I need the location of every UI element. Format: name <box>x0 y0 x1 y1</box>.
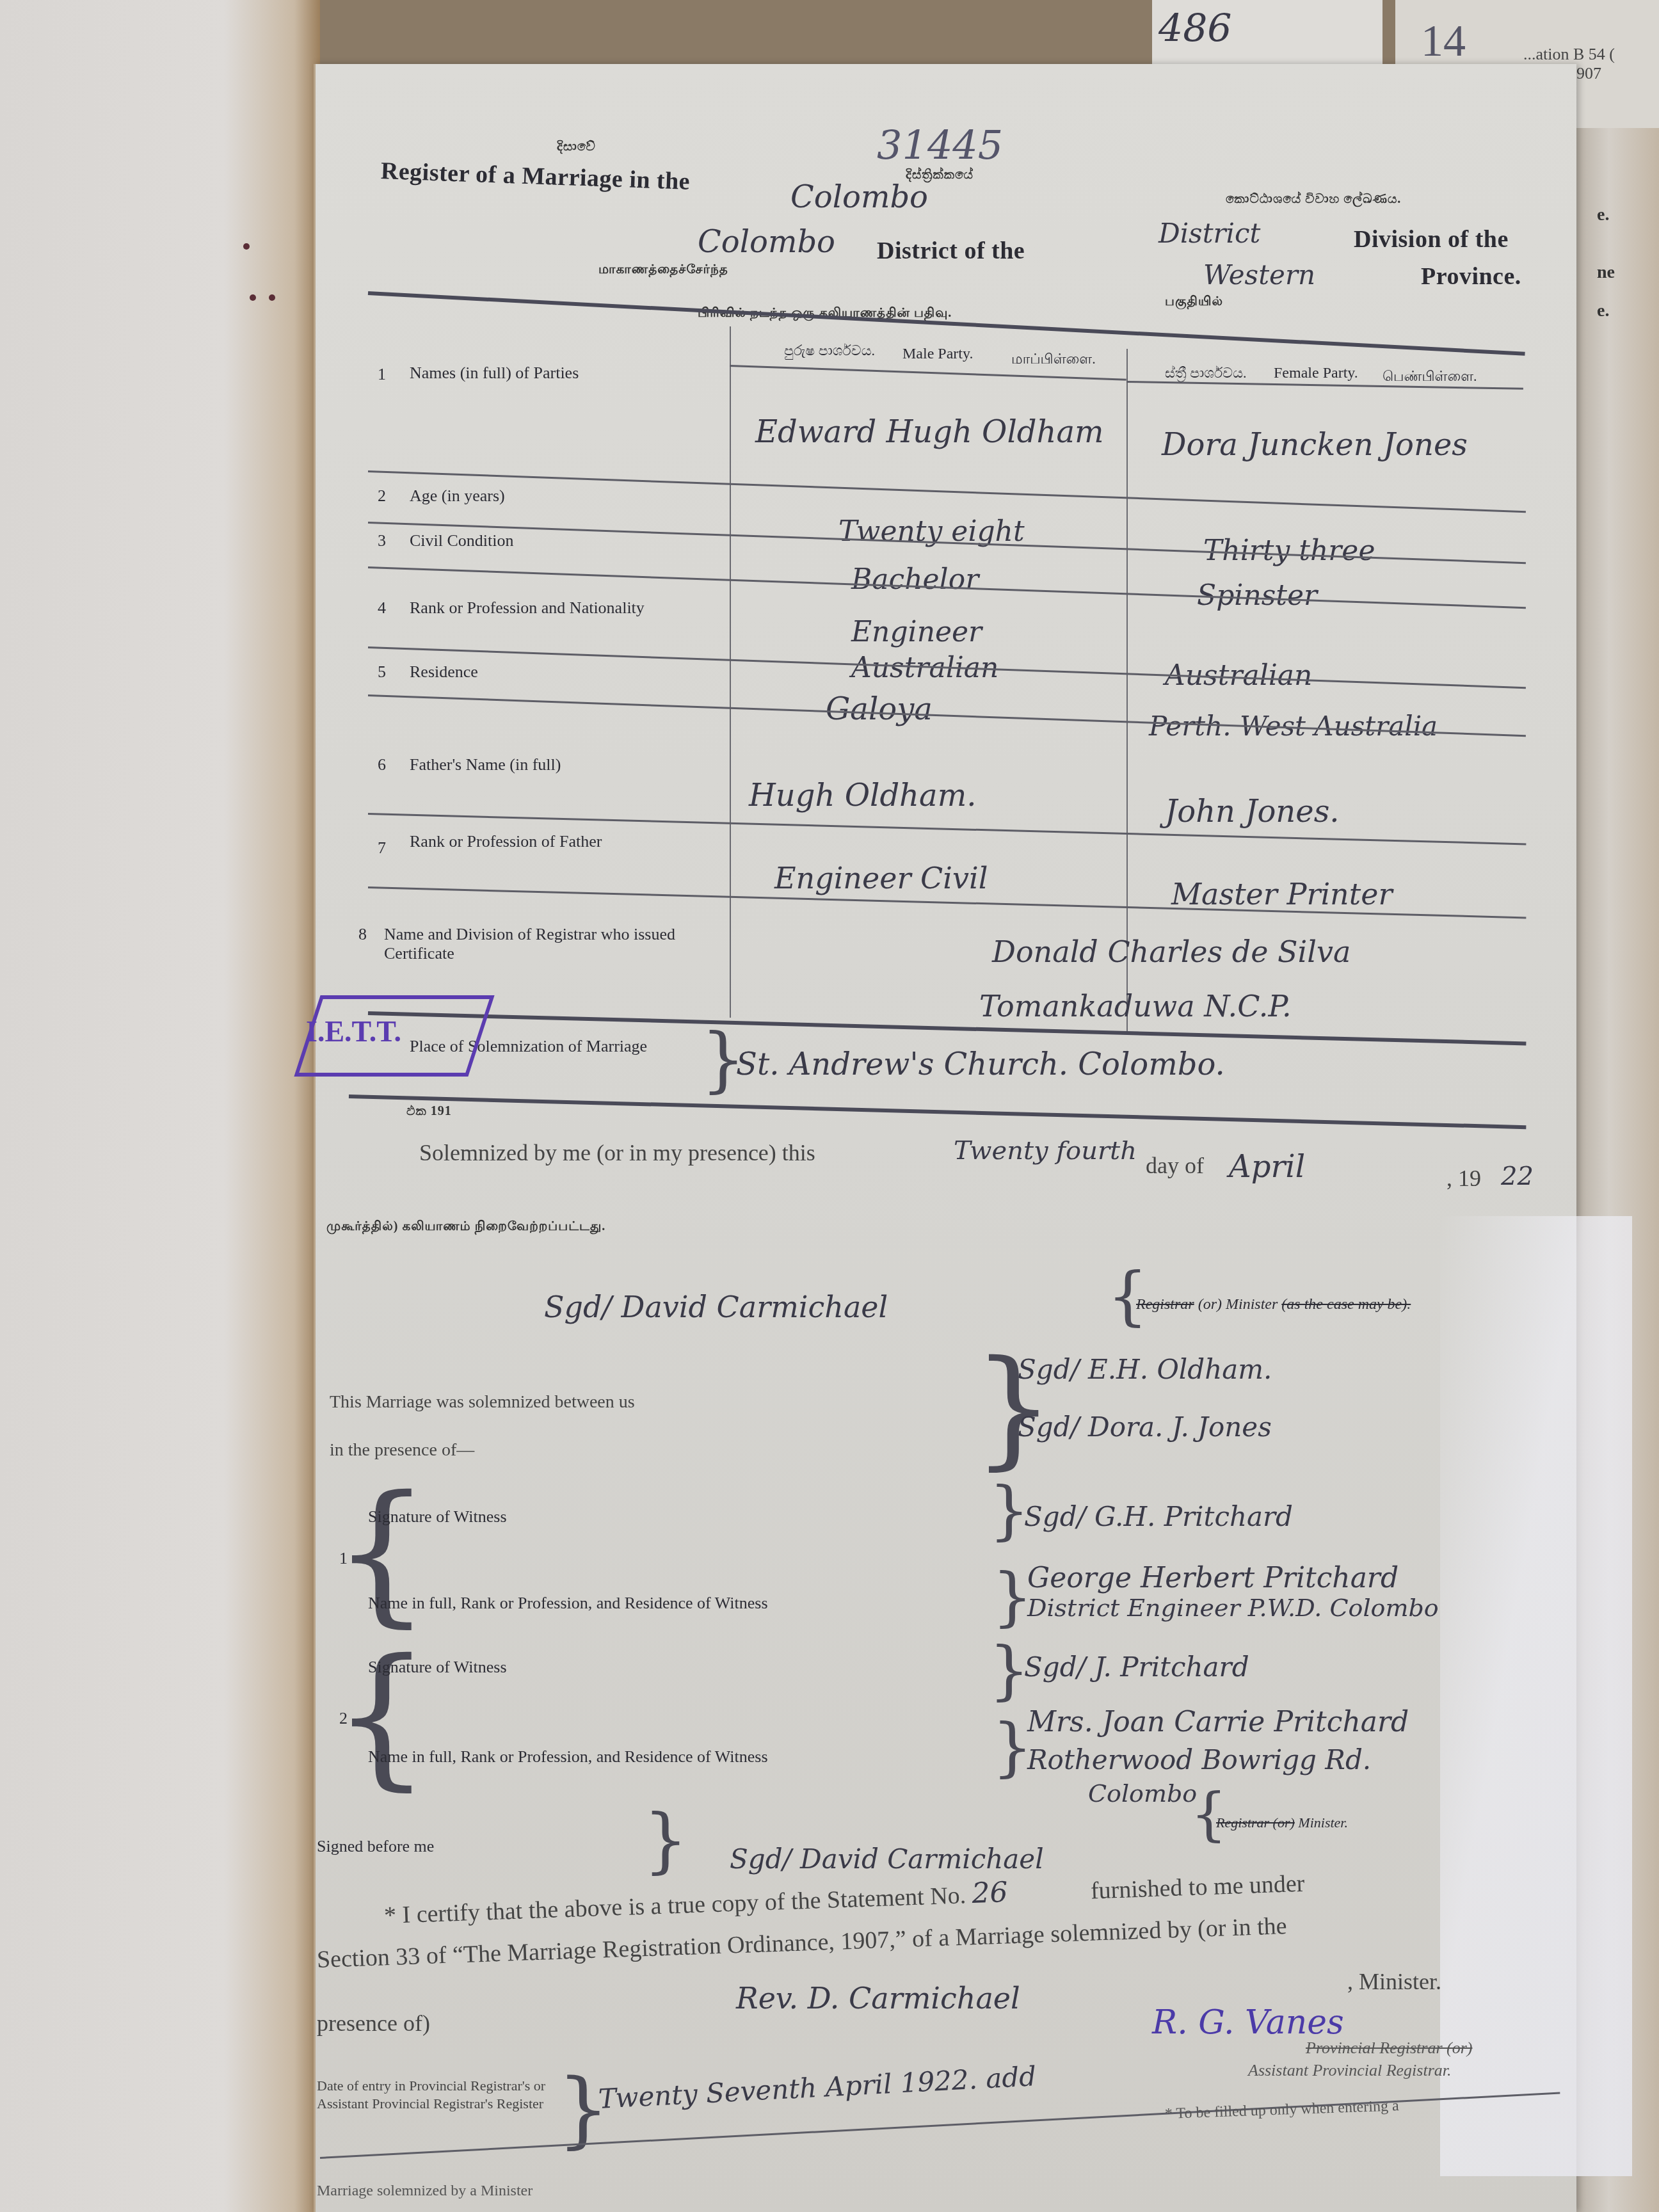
scrap-page-number: 14 <box>1421 16 1466 67</box>
tamil-solemnized-line: முகூர்த்தில்) கலியாணம் நிறைவேற்றப்பட்டது… <box>326 1219 605 1235</box>
province-value: Western <box>1203 259 1315 291</box>
witness-1-signature-label: Signature of Witness <box>368 1507 507 1527</box>
row-3-number: 3 <box>378 531 386 550</box>
witness-1-residence: District Engineer P.W.D. Colombo <box>1027 1594 1439 1622</box>
solemnized-month: April <box>1229 1149 1305 1185</box>
brace: } <box>643 1805 688 1875</box>
book-left-page <box>0 0 320 2212</box>
female-header-si: ස්ත්‍රී පාර්ශවය. <box>1165 365 1246 381</box>
row-6-number: 6 <box>378 755 386 774</box>
year-prefix: , 19 <box>1447 1165 1481 1192</box>
row-6-female-value: John Jones. <box>1165 794 1340 829</box>
female-party-header: Female Party. <box>1274 365 1358 382</box>
sinhala-top-label: දිසාවේ <box>557 140 596 154</box>
row-6-label: Father's Name (in full) <box>410 755 717 774</box>
district-label: District of the <box>877 237 1025 265</box>
district-value: Colombo <box>790 179 928 215</box>
role-registrar: Registrar <box>1136 1296 1194 1313</box>
certifying-minister-name: Rev. D. Carmichael <box>736 1981 1020 2016</box>
signed-before-signature: Sgd/ David Carmichael <box>730 1843 1044 1875</box>
district-line-value: Colombo <box>698 224 835 260</box>
row-8-registrar-name: Donald Charles de Silva <box>992 934 1350 969</box>
footnote-text-2: Marriage solemnized by a Minister <box>317 2183 533 2200</box>
row-5-male-value: Galoya <box>826 691 933 727</box>
row-8-registrar-division: Tomankaduwa N.C.P. <box>979 989 1292 1023</box>
row-8-number: 8 <box>358 925 367 944</box>
row-1-number: 1 <box>378 365 386 384</box>
between-us-label: This Marriage was solemnized between us <box>330 1392 635 1413</box>
presence-label: in the presence of— <box>330 1440 474 1461</box>
day-of-label: day of <box>1146 1152 1204 1179</box>
presence-of-label: presence of) <box>317 2010 430 2037</box>
right-fragment-1: e. <box>1597 205 1609 225</box>
provincial-registrar-signature: R. G. Vanes <box>1152 2003 1344 2042</box>
row-1-male-value: Edward Hugh Oldham <box>755 410 1114 454</box>
scrap-text-1: ...ation B 54 ( <box>1523 45 1615 64</box>
witness-1-name: George Herbert Pritchard <box>1027 1562 1399 1594</box>
witness-2-city: Colombo <box>1088 1779 1197 1807</box>
column-divider-2 <box>1126 349 1128 1034</box>
witness-2-number: 2 <box>339 1709 348 1728</box>
right-fragment-3: e. <box>1597 301 1609 321</box>
division-value: District <box>1158 218 1260 249</box>
minister-signature: Sgd/ David Carmichael <box>544 1290 888 1324</box>
row-4-label: Rank or Profession and Nationality <box>410 598 717 618</box>
role-case: (as the case may be). <box>1281 1296 1411 1313</box>
scrap-number: 486 <box>1158 6 1232 51</box>
witness-1-details-label: Name in full, Rank or Profession, and Re… <box>368 1594 768 1613</box>
male-header-si: පුරුෂ පාර්ශවය. <box>784 342 875 359</box>
statement-number: 26 <box>972 1876 1009 1910</box>
witness-2-signature-label: Signature of Witness <box>368 1658 507 1677</box>
form-number: ඵක 191 <box>406 1104 452 1119</box>
witness-2-name: Mrs. Joan Carrie Pritchard <box>1027 1706 1409 1738</box>
entry-number: 31445 <box>877 122 1003 168</box>
row-7-number: 7 <box>378 838 386 858</box>
role-assistant-registrar: Assistant Provincial Registrar. <box>1248 2061 1452 2080</box>
row-2-number: 2 <box>378 486 386 506</box>
entry-date-label: Date of entry in Provincial Registrar's … <box>317 2077 560 2113</box>
male-header-ta: மாப்பிள்ளை. <box>1011 351 1096 369</box>
minister-label: , Minister. <box>1347 1968 1441 1995</box>
role-provincial-registrar: Provincial Registrar (or) <box>1306 2039 1472 2058</box>
witness-1-number: 1 <box>339 1549 348 1568</box>
role-line: Registrar (or) Minister (as the case may… <box>1136 1296 1411 1313</box>
province-label: Province. <box>1421 262 1521 291</box>
signed-before-label: Signed before me <box>317 1837 434 1856</box>
row-2-female-value: Thirty three <box>1203 534 1375 567</box>
solemnized-prefix: Solemnized by me (or in my presence) thi… <box>419 1139 815 1166</box>
row-1-female-value: Dora Juncken Jones <box>1162 422 1520 467</box>
row-1-label: Names (in full) of Parties <box>410 364 717 383</box>
row-7-male-value: Engineer Civil <box>774 861 988 895</box>
witness-1-signature: Sgd/ G.H. Pritchard <box>1024 1501 1293 1532</box>
witness-2-signature: Sgd/ J. Pritchard <box>1024 1651 1249 1683</box>
row-8-label: Name and Division of Registrar who issue… <box>384 925 717 963</box>
row-4-male-value: Engineer Australian <box>851 614 1120 686</box>
row-3-label: Civil Condition <box>410 531 717 550</box>
tamil-district-label: மாகாணத்தைச்சேர்ந்த <box>598 262 728 278</box>
row-5-label: Residence <box>410 662 717 682</box>
row-6-male-value: Hugh Oldham. <box>749 778 976 813</box>
signed-before-minister: Minister. <box>1298 1815 1348 1831</box>
tamil-province-label: பகுதியில் <box>1165 294 1223 310</box>
male-party-signature: Sgd/ E.H. Oldham. <box>1018 1354 1272 1385</box>
witness-2-details-label: Name in full, Rank or Profession, and Re… <box>368 1747 768 1767</box>
certify-suffix: furnished to me under <box>1090 1870 1305 1905</box>
division-label: Division of the <box>1354 225 1509 253</box>
row-7-female-value: Master Printer <box>1171 877 1392 911</box>
female-party-signature: Sgd/ Dora. J. Jones <box>1018 1411 1272 1443</box>
role-or: (or) <box>1198 1296 1222 1313</box>
sinhala-right-label: කොට්ඨාශයේ විවාහ ලේඛණය. <box>1226 192 1401 207</box>
row-7-label: Rank or Profession of Father <box>410 832 717 851</box>
punch-hole <box>250 294 256 301</box>
solemnized-day: Twenty fourth <box>954 1136 1137 1166</box>
paper-fold-shadow <box>1440 1216 1632 2176</box>
signed-before-role: Registrar (or) Minister. <box>1216 1815 1348 1831</box>
row-5-number: 5 <box>378 662 386 682</box>
role-minister: Minister <box>1226 1296 1278 1313</box>
punch-hole <box>269 294 275 301</box>
witness-2-residence: Rotherwood Bowrigg Rd. <box>1027 1744 1371 1775</box>
ink-stamp-text: I.E.T.T. <box>306 1014 401 1048</box>
right-fragment-2: ne <box>1597 262 1615 283</box>
row-9-place-value: St. Andrew's Church. Colombo. <box>736 1046 1225 1082</box>
row-4-number: 4 <box>378 598 386 618</box>
signed-before-registrar: Registrar (or) <box>1216 1815 1295 1831</box>
female-header-ta: பெண்பிள்ளை. <box>1382 368 1477 387</box>
row-2-label: Age (in years) <box>410 486 717 506</box>
punch-hole <box>243 243 250 250</box>
row-3-male-value: Bachelor <box>851 563 979 596</box>
male-party-header: Male Party. <box>902 346 973 363</box>
column-divider-1 <box>730 326 731 1018</box>
year-suffix: 22 <box>1501 1162 1534 1191</box>
